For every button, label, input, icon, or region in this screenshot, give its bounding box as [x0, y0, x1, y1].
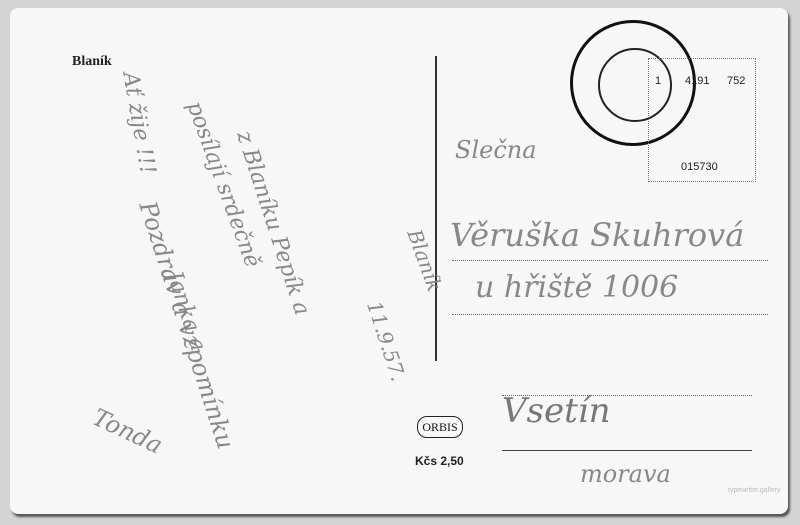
- stamp-serial: 015730: [681, 161, 718, 173]
- message-date: 11.9.57.: [362, 298, 410, 384]
- address-city-underline: [502, 450, 752, 451]
- message-line-5: Ať žije !!!: [117, 70, 160, 176]
- watermark: typewriter.gallery: [728, 487, 781, 494]
- address-salutation: Slečna: [455, 136, 537, 164]
- stamp-number-2: 4191: [685, 75, 709, 87]
- stamp-number-3: 752: [727, 75, 745, 87]
- address-line-1: [452, 260, 768, 261]
- stamp-box: 1 4191 752 015730: [648, 58, 756, 182]
- address-name: Věruška Skuhrová: [450, 216, 744, 254]
- message-place: Blaník: [402, 226, 447, 295]
- stamp-number-1: 1: [655, 75, 661, 87]
- printed-title: Blaník: [72, 54, 112, 70]
- address-region: morava: [580, 460, 671, 488]
- address-city: Vsetín: [502, 391, 611, 431]
- address-street: u hřiště 1006: [475, 270, 678, 305]
- center-divider: [435, 56, 437, 361]
- postcard: Blaník 1 4191 752 015730 Pozdrav a vzpom…: [10, 8, 788, 514]
- price-label: Kčs 2,50: [415, 454, 464, 468]
- message-signature: Tonda: [88, 403, 167, 460]
- publisher-logo: ORBIS: [417, 416, 463, 438]
- address-line-2: [452, 314, 768, 315]
